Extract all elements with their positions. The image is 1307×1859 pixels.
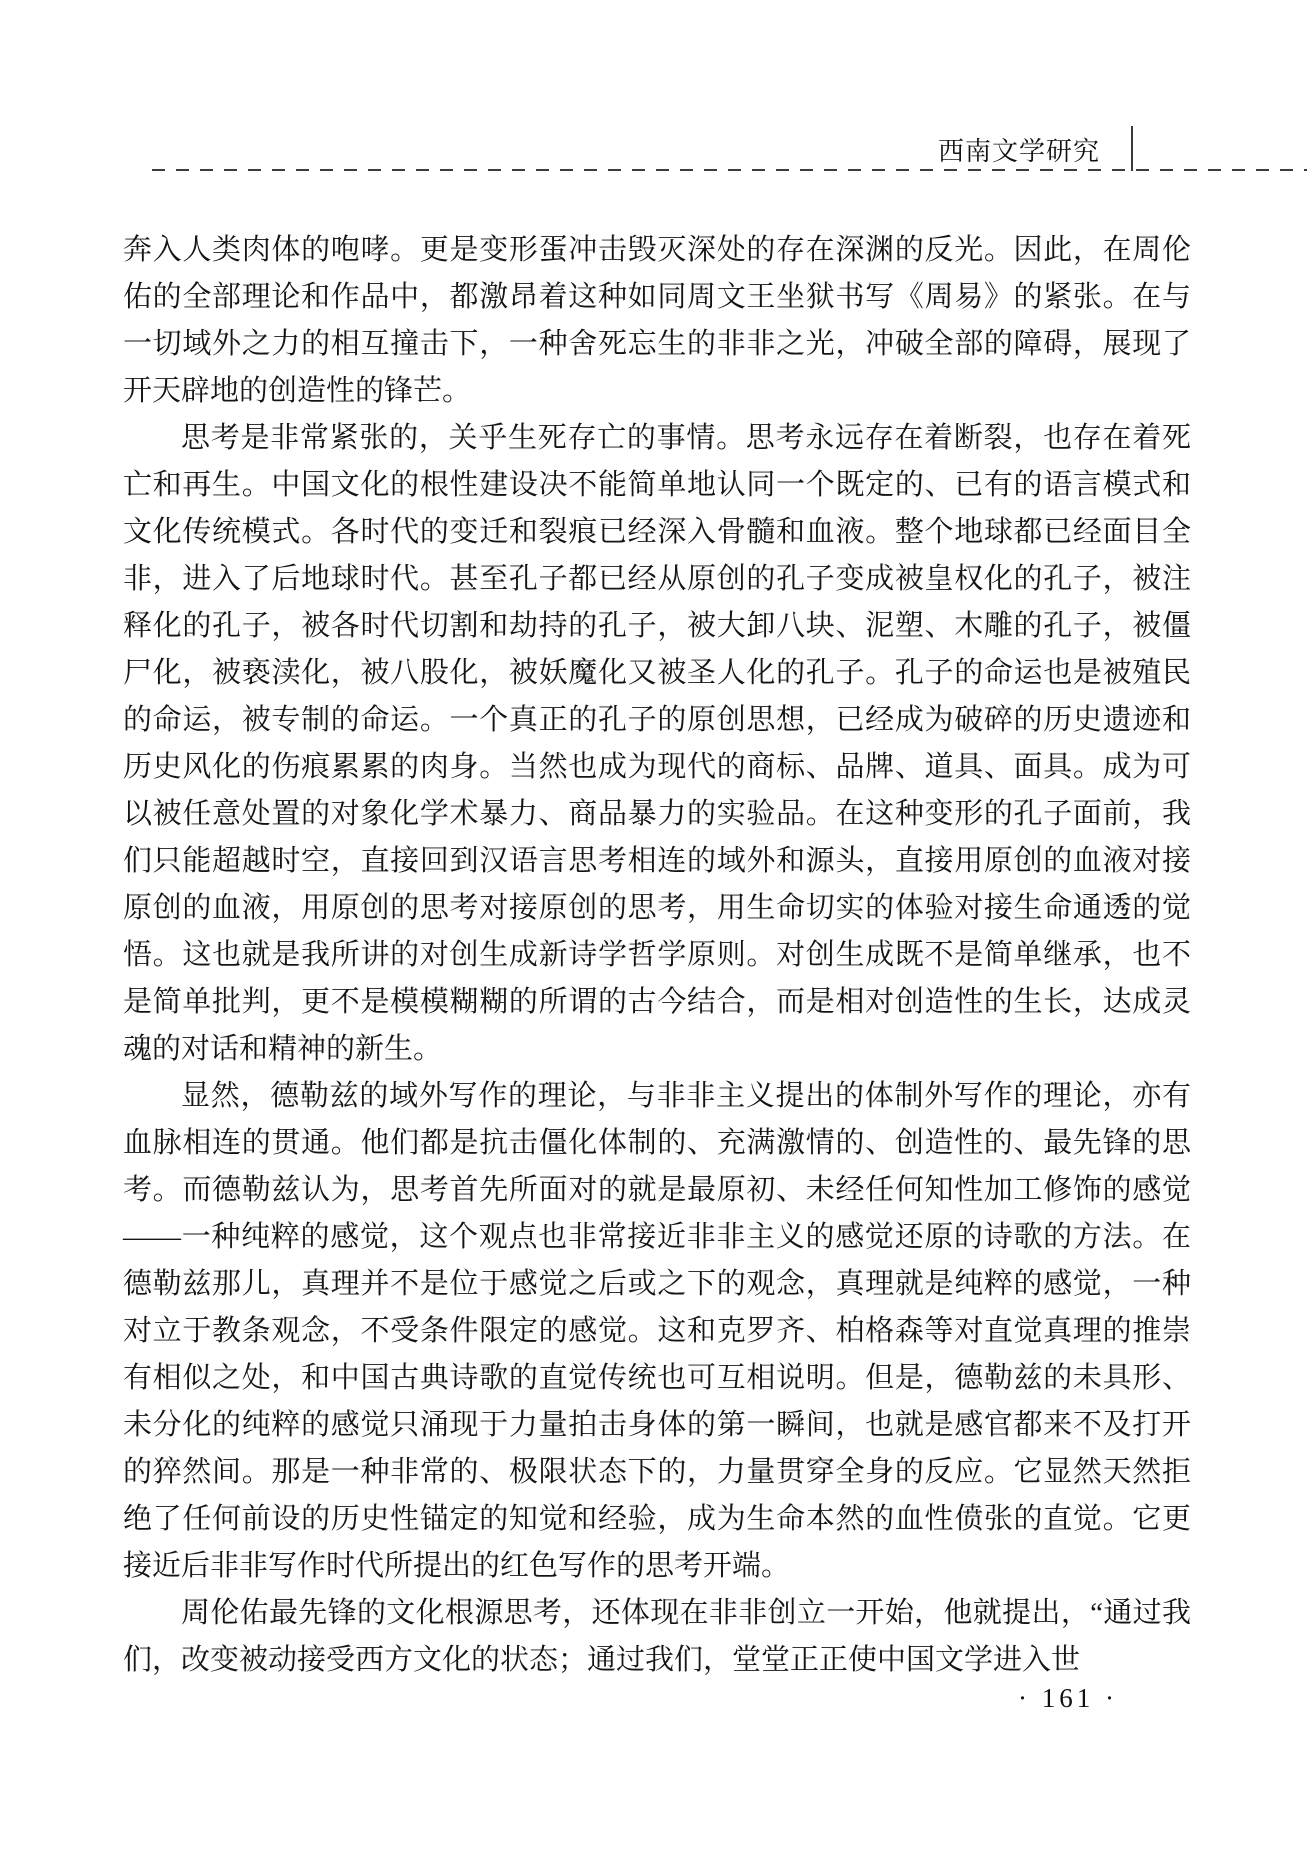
document-page: 西南文学研究 奔入人类肉体的咆哮。更是变形蛋冲击毁灭深处的存在深渊的反光。因此，… (0, 0, 1307, 1859)
page-number: · 161 · (968, 1683, 1168, 1714)
body-paragraph: 显然，德勒兹的域外写作的理论，与非非主义提出的体制外写作的理论，亦有血脉相连的贯… (123, 1073, 1191, 1590)
header-dashed-rule (152, 169, 1307, 171)
body-paragraph: 思考是非常紧张的，关乎生死存亡的事情。思考永远存在着断裂，也存在着死亡和再生。中… (123, 415, 1191, 1073)
body-text-block: 奔入人类肉体的咆哮。更是变形蛋冲击毁灭深处的存在深渊的反光。因此，在周伦佑的全部… (123, 227, 1191, 1684)
body-paragraph: 周伦佑最先锋的文化根源思考，还体现在非非创立一开始，他就提出，“通过我们，改变被… (123, 1590, 1191, 1684)
body-paragraph: 奔入人类肉体的咆哮。更是变形蛋冲击毁灭深处的存在深渊的反光。因此，在周伦佑的全部… (123, 227, 1191, 415)
header-vertical-bar (1131, 126, 1133, 171)
journal-title: 西南文学研究 (0, 136, 1100, 168)
